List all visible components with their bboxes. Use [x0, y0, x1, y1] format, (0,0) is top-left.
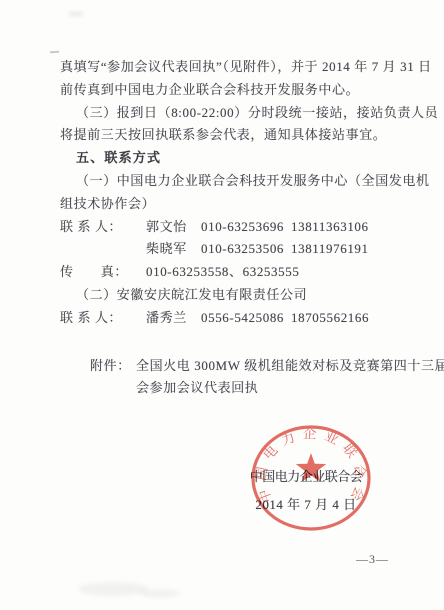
paragraph-pickup-line1: （三）报到日（8:00-22:00）分时段统一接站，接站负责人员: [60, 102, 418, 125]
paragraph-reply-line2: 前传真到中国电力企业联合会科技开发服务中心。: [60, 79, 418, 102]
org2-name-line: （二）安徽安庆皖江发电有限责任公司: [60, 284, 418, 307]
scan-artifact-speckle: [140, 589, 180, 598]
fax-row: 传 真： 010-63253558、63253555: [60, 261, 418, 284]
attachment-line2: 会参加会议代表回执: [136, 377, 444, 400]
attachment-text: 全国火电 300MW 级机组能效对标及竞赛第四十三届年 会参加会议代表回执: [136, 355, 444, 401]
contact-phone: 010-63253506: [201, 238, 291, 261]
contact-mobile: 18705562166: [291, 307, 369, 330]
contact-phone: 0556-5425086: [201, 307, 291, 330]
contact-label: 联 系 人：: [60, 216, 146, 239]
contact-row: 联 系 人： 潘秀兰 0556-5425086 18705562166: [60, 307, 418, 330]
org1-name-line1: （一）中国电力企业联合会科技开发服务中心（全国发电机: [60, 170, 418, 193]
attachment-label: 附件：: [90, 355, 136, 401]
scan-artifact-speckle: [78, 582, 148, 596]
org1-name-line2: 组技术协作会）: [60, 193, 418, 216]
scan-artifact-dash: [50, 51, 59, 54]
contact-mobile: 13811363106: [291, 216, 369, 239]
paragraph-pickup-line2: 将提前三天按回执联系参会代表，通知具体接站事宜。: [60, 124, 418, 147]
fax-label: 传 真：: [60, 261, 146, 284]
contact-row: 联 系 人： 郭文怡 010-63253696 13811363106: [60, 216, 418, 239]
section-heading-contacts: 五、联系方式: [60, 147, 418, 170]
attachment-note: 附件： 全国火电 300MW 级机组能效对标及竞赛第四十三届年 会参加会议代表回…: [90, 355, 418, 401]
contact-name: 潘秀兰: [146, 307, 201, 330]
issue-date: 2014 年 7 月 4 日: [246, 494, 366, 513]
issuer-name: 中国电力企业联合会: [246, 466, 366, 485]
paragraph-reply-line1: 真填写“参加会议代表回执”（见附件），并于 2014 年 7 月 31 日: [60, 56, 418, 79]
contact-name: 柴晓军: [146, 238, 201, 261]
scanned-document-page: 真填写“参加会议代表回执”（见附件），并于 2014 年 7 月 31 日 前传…: [0, 0, 444, 610]
contact-name: 郭文怡: [146, 216, 201, 239]
signature-block: 中国电力企业联合会 2014 年 7 月 4 日: [246, 466, 366, 513]
scan-artifact-smudge: [68, 11, 84, 17]
contact-label-spacer: [60, 238, 146, 261]
page-number: —3—: [356, 552, 389, 567]
contact-label: 联 系 人：: [60, 307, 146, 330]
contact-phone: 010-63253696: [201, 216, 291, 239]
attachment-line1: 全国火电 300MW 级机组能效对标及竞赛第四十三届年: [136, 355, 444, 378]
fax-numbers: 010-63253558、63253555: [146, 261, 299, 284]
document-body: 真填写“参加会议代表回执”（见附件），并于 2014 年 7 月 31 日 前传…: [60, 56, 418, 400]
contact-mobile: 13811976191: [291, 238, 369, 261]
contact-row: 柴晓军 010-63253506 13811976191: [60, 238, 418, 261]
